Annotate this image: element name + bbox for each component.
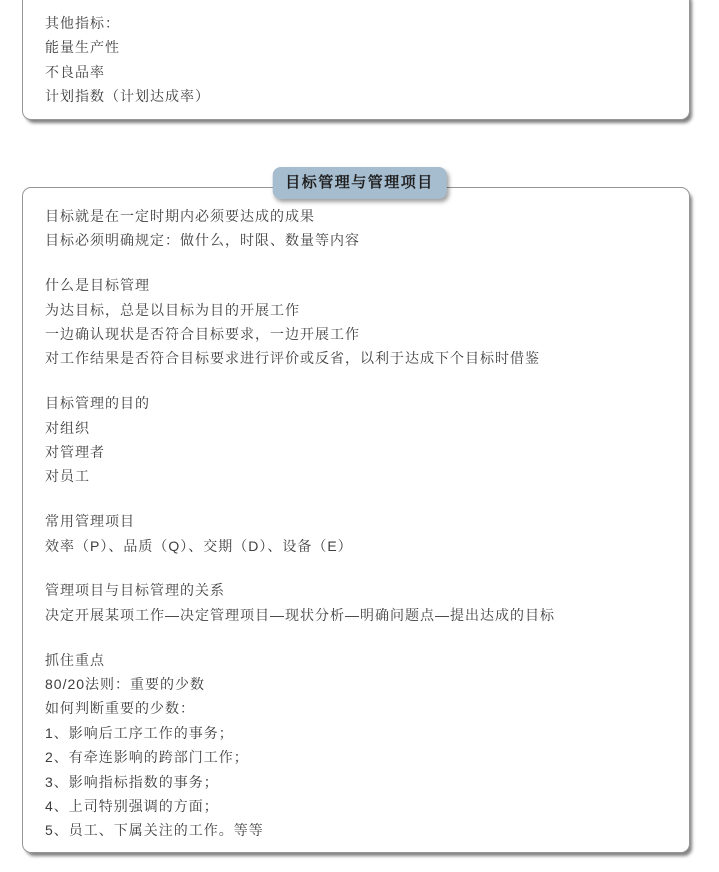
paragraph-group: 抓住重点80/20法则：重要的少数如何判断重要的少数：1、影响后工序工作的事务；… xyxy=(45,648,671,843)
text-line: 能量生产性 xyxy=(45,35,671,59)
text-line: 效率（P）、品质（Q）、交期（D）、设备（E） xyxy=(45,534,671,558)
text-line: 什么是目标管理 xyxy=(45,273,671,297)
text-line: 3、影响指标指数的事务； xyxy=(45,770,671,794)
text-line: 80/20法则：重要的少数 xyxy=(45,672,671,696)
text-line: 2、有牵连影响的跨部门工作； xyxy=(45,745,671,769)
text-line: 为达目标，总是以目标为目的开展工作 xyxy=(45,298,671,322)
text-line: 抓住重点 xyxy=(45,648,671,672)
text-line: 对工作结果是否符合目标要求进行评价或反省，以利于达成下个目标时借鉴 xyxy=(45,346,671,370)
text-line: 计划指数（计划达成率） xyxy=(45,84,671,108)
text-line: 对员工 xyxy=(45,464,671,488)
text-line: 4、上司特别强调的方面； xyxy=(45,794,671,818)
text-line: 一边确认现状是否符合目标要求，一边开展工作 xyxy=(45,322,671,346)
top-card-text: 其他指标：能量生产性不良品率计划指数（计划达成率） xyxy=(45,11,671,109)
top-card: 其他指标：能量生产性不良品率计划指数（计划达成率） xyxy=(22,0,690,120)
text-line: 对管理者 xyxy=(45,440,671,464)
paragraph-group: 目标就是在一定时期内必须要达成的成果目标必须明确规定：做什么，时限、数量等内容 xyxy=(45,204,671,253)
text-line: 如何判断重要的少数： xyxy=(45,696,671,720)
text-line: 管理项目与目标管理的关系 xyxy=(45,578,671,602)
main-card-text: 目标就是在一定时期内必须要达成的成果目标必须明确规定：做什么，时限、数量等内容什… xyxy=(45,204,671,843)
text-line: 1、影响后工序工作的事务； xyxy=(45,721,671,745)
text-line: 常用管理项目 xyxy=(45,509,671,533)
paragraph-group: 常用管理项目效率（P）、品质（Q）、交期（D）、设备（E） xyxy=(45,509,671,558)
text-line: 目标管理的目的 xyxy=(45,391,671,415)
main-card: 目标就是在一定时期内必须要达成的成果目标必须明确规定：做什么，时限、数量等内容什… xyxy=(22,187,690,853)
text-line: 目标就是在一定时期内必须要达成的成果 xyxy=(45,204,671,228)
paragraph-group: 管理项目与目标管理的关系决定开展某项工作—决定管理项目—现状分析—明确问题点—提… xyxy=(45,578,671,627)
text-line: 决定开展某项工作—决定管理项目—现状分析—明确问题点—提出达成的目标 xyxy=(45,603,671,627)
text-line: 其他指标： xyxy=(45,11,671,35)
text-line: 不良品率 xyxy=(45,60,671,84)
text-line: 对组织 xyxy=(45,416,671,440)
paragraph-group: 什么是目标管理为达目标，总是以目标为目的开展工作一边确认现状是否符合目标要求，一… xyxy=(45,273,671,371)
text-line: 目标必须明确规定：做什么，时限、数量等内容 xyxy=(45,228,671,252)
text-line: 5、员工、下属关注的工作。等等 xyxy=(45,818,671,842)
paragraph-group: 目标管理的目的对组织对管理者对员工 xyxy=(45,391,671,489)
card-title-badge: 目标管理与管理项目 xyxy=(272,167,447,199)
